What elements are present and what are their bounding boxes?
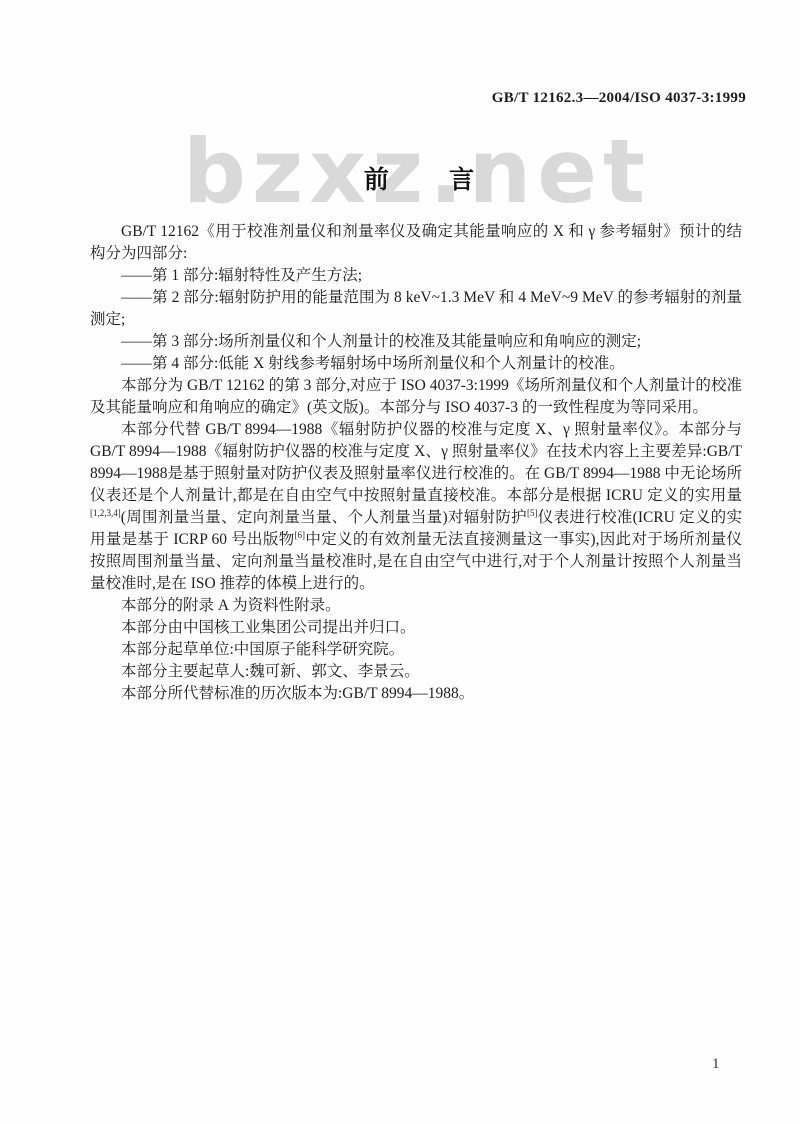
page-title: 前 言 <box>90 160 750 196</box>
text-run: GB/T 12162《用于校准剂量仪和剂量率仪及确定其能量响应的 X 和 γ 参… <box>90 223 742 262</box>
text-run: 本部分为 GB/T 12162 的第 3 部分,对应于 ISO 4037-3:1… <box>90 377 742 416</box>
text-run: 本部分由中国核工业集团公司提出并归口。 <box>121 619 416 636</box>
foreword-paragraph: 本部分的附录 A 为资料性附录。 <box>90 595 742 617</box>
text-run: 本部分起草单位:中国原子能科学研究院。 <box>121 641 404 658</box>
foreword-body: GB/T 12162《用于校准剂量仪和剂量率仪及确定其能量响应的 X 和 γ 参… <box>90 221 742 705</box>
foreword-paragraph: 本部分起草单位:中国原子能科学研究院。 <box>90 639 742 661</box>
foreword-paragraph: 本部分代替 GB/T 8994—1988《辐射防护仪器的校准与定度 X、γ 照射… <box>90 419 742 595</box>
page-number: 1 <box>712 1056 720 1073</box>
foreword-paragraph: ——第 4 部分:低能 X 射线参考辐射场中场所剂量仪和个人剂量计的校准。 <box>90 353 742 375</box>
citation-superscript: [6] <box>295 530 306 540</box>
foreword-paragraph: ——第 2 部分:辐射防护用的能量范围为 8 keV~1.3 MeV 和 4 M… <box>90 287 742 331</box>
text-run: (周围剂量当量、定向剂量当量、个人剂量当量)对辐射防护 <box>121 509 527 526</box>
text-run: ——第 3 部分:场所剂量仪和个人剂量计的校准及其能量响应和角响应的测定; <box>121 333 641 350</box>
document-page: GB/T 12162.3—2004/ISO 4037-3:1999 bzxz.n… <box>0 0 800 1124</box>
text-run: 本部分所代替标准的历次版本为:GB/T 8994—1988。 <box>121 685 474 702</box>
citation-superscript: [5] <box>527 508 538 518</box>
standard-code: GB/T 12162.3—2004/ISO 4037-3:1999 <box>492 90 746 107</box>
text-run: 本部分主要起草人:魏可新、郭文、李景云。 <box>121 663 420 680</box>
text-run: 本部分代替 GB/T 8994—1988《辐射防护仪器的校准与定度 X、γ 照射… <box>90 421 742 504</box>
foreword-paragraph: ——第 1 部分:辐射特性及产生方法; <box>90 265 742 287</box>
text-run: ——第 2 部分:辐射防护用的能量范围为 8 keV~1.3 MeV 和 4 M… <box>90 289 742 328</box>
text-run: 本部分的附录 A 为资料性附录。 <box>121 597 341 614</box>
text-run: ——第 1 部分:辐射特性及产生方法; <box>121 267 362 284</box>
text-run: ——第 4 部分:低能 X 射线参考辐射场中场所剂量仪和个人剂量计的校准。 <box>121 355 625 372</box>
foreword-paragraph: 本部分为 GB/T 12162 的第 3 部分,对应于 ISO 4037-3:1… <box>90 375 742 419</box>
foreword-paragraph: 本部分由中国核工业集团公司提出并归口。 <box>90 617 742 639</box>
foreword-paragraph: ——第 3 部分:场所剂量仪和个人剂量计的校准及其能量响应和角响应的测定; <box>90 331 742 353</box>
foreword-paragraph: 本部分主要起草人:魏可新、郭文、李景云。 <box>90 661 742 683</box>
foreword-paragraph: GB/T 12162《用于校准剂量仪和剂量率仪及确定其能量响应的 X 和 γ 参… <box>90 221 742 265</box>
citation-superscript: [1,2,3,4] <box>90 508 121 518</box>
foreword-paragraph: 本部分所代替标准的历次版本为:GB/T 8994—1988。 <box>90 683 742 705</box>
